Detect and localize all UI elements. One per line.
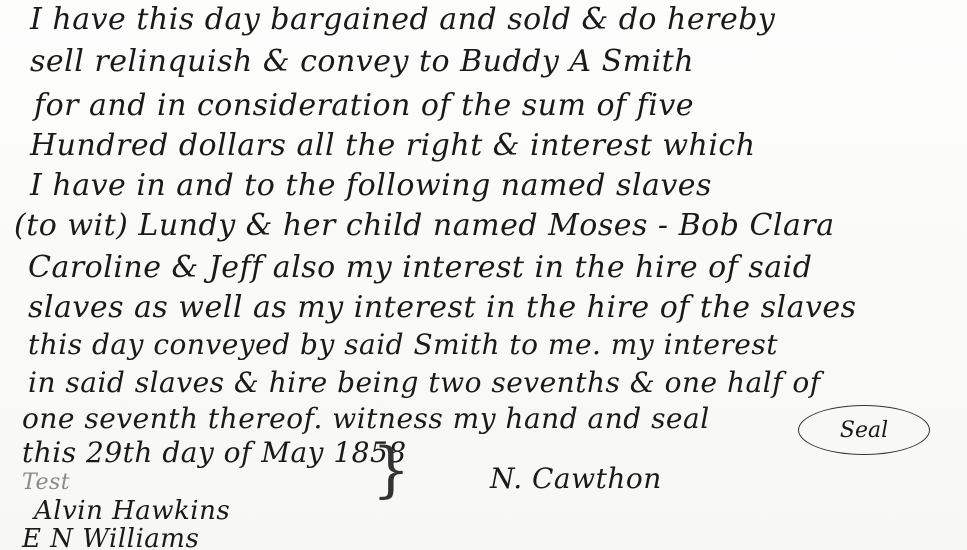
doc-line-1: I have this day bargained and sold & do …: [30, 2, 775, 37]
witness-brace: }: [372, 440, 410, 500]
doc-line-8: slaves as well as my interest in the hir…: [28, 290, 857, 325]
doc-line-10: in said slaves & hire being two sevenths…: [28, 366, 821, 399]
attest-label: Test: [22, 470, 70, 495]
seal-label: Seal: [840, 418, 888, 443]
doc-line-4: Hundred dollars all the right & interest…: [30, 128, 756, 163]
doc-line-3: for and in consideration of the sum of f…: [34, 88, 694, 123]
doc-line-9: this day conveyed by said Smith to me. m…: [28, 328, 778, 361]
document-page: I have this day bargained and sold & do …: [0, 0, 967, 550]
signature: N. Cawthon: [490, 462, 662, 495]
witness-1: Alvin Hawkins: [34, 496, 230, 526]
witness-2: E N Williams: [22, 524, 199, 550]
doc-line-11: one seventh thereof. witness my hand and…: [22, 402, 710, 435]
doc-line-7: Caroline & Jeff also my interest in the …: [28, 250, 812, 285]
seal-mark: Seal: [798, 405, 930, 455]
doc-line-2: sell relinquish & convey to Buddy A Smit…: [30, 44, 694, 79]
doc-line-5: I have in and to the following named sla…: [30, 168, 712, 203]
doc-line-6: (to wit) Lundy & her child named Moses -…: [14, 208, 835, 243]
doc-line-12: this 29th day of May 1858: [22, 436, 407, 469]
